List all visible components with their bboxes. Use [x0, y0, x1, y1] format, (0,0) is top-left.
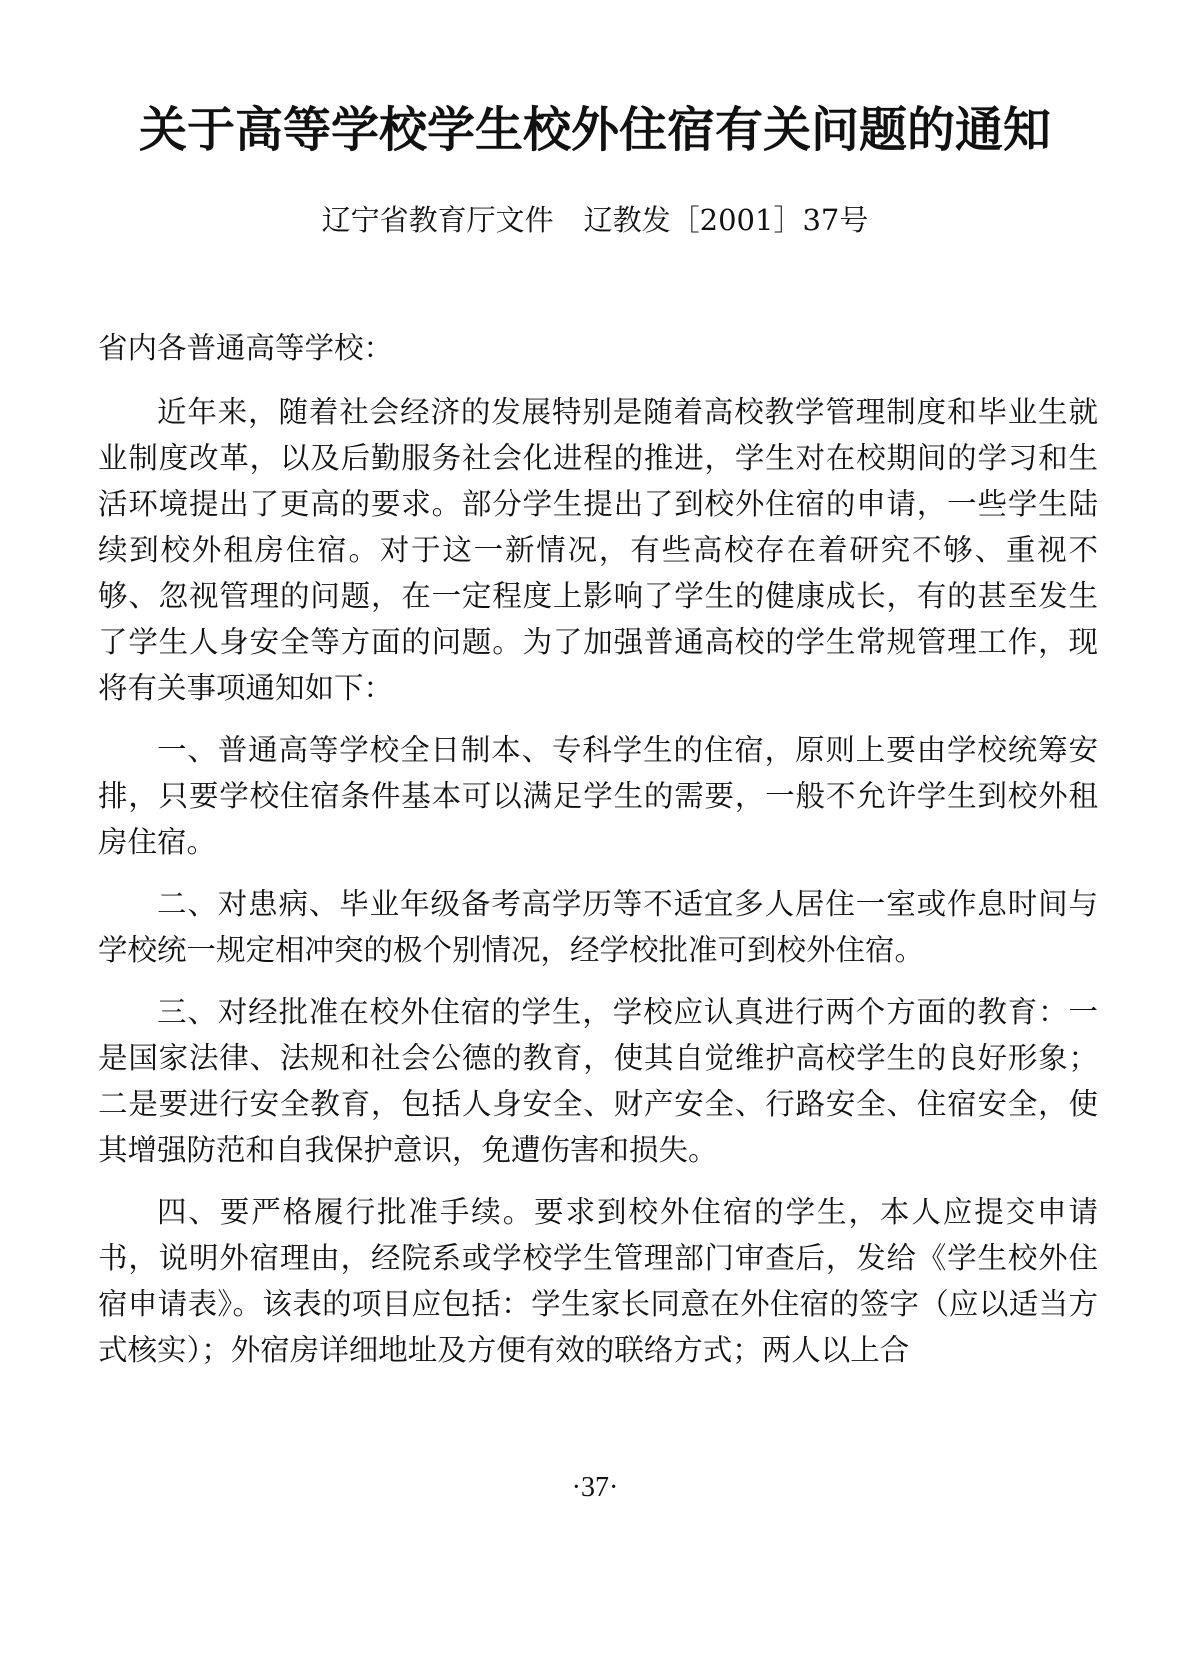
paragraph-item-2: 二、对患病、毕业年级备考高学历等不适宜多人居住一室或作息时间与学校统一规定相冲突…: [98, 881, 1098, 973]
page-number: ·37·: [0, 1470, 1190, 1506]
document-number: 辽教发［2001］37号: [584, 203, 869, 237]
paragraph-item-1: 一、普通高等学校全日制本、专科学生的住宿，原则上要由学校统筹安排，只要学校住宿条…: [98, 727, 1098, 865]
document-subtitle: 辽宁省教育厅文件辽教发［2001］37号: [0, 200, 1190, 240]
document-title: 关于高等学校学生校外住宿有关问题的通知: [0, 100, 1190, 160]
paragraph-intro: 近年来，随着社会经济的发展特别是随着高校教学管理制度和毕业生就业制度改革，以及后…: [98, 389, 1098, 711]
paragraph-item-4: 四、要严格履行批准手续。要求到校外住宿的学生，本人应提交申请书，说明外宿理由，经…: [98, 1189, 1098, 1373]
document-page: 关于高等学校学生校外住宿有关问题的通知 辽宁省教育厅文件辽教发［2001］37号…: [0, 0, 1190, 1670]
issuer: 辽宁省教育厅文件: [322, 203, 554, 237]
salutation: 省内各普通高等学校：: [98, 325, 1098, 371]
document-body: 省内各普通高等学校： 近年来，随着社会经济的发展特别是随着高校教学管理制度和毕业…: [98, 325, 1098, 1389]
paragraph-item-3: 三、对经批准在校外住宿的学生，学校应认真进行两个方面的教育：一是国家法律、法规和…: [98, 989, 1098, 1173]
